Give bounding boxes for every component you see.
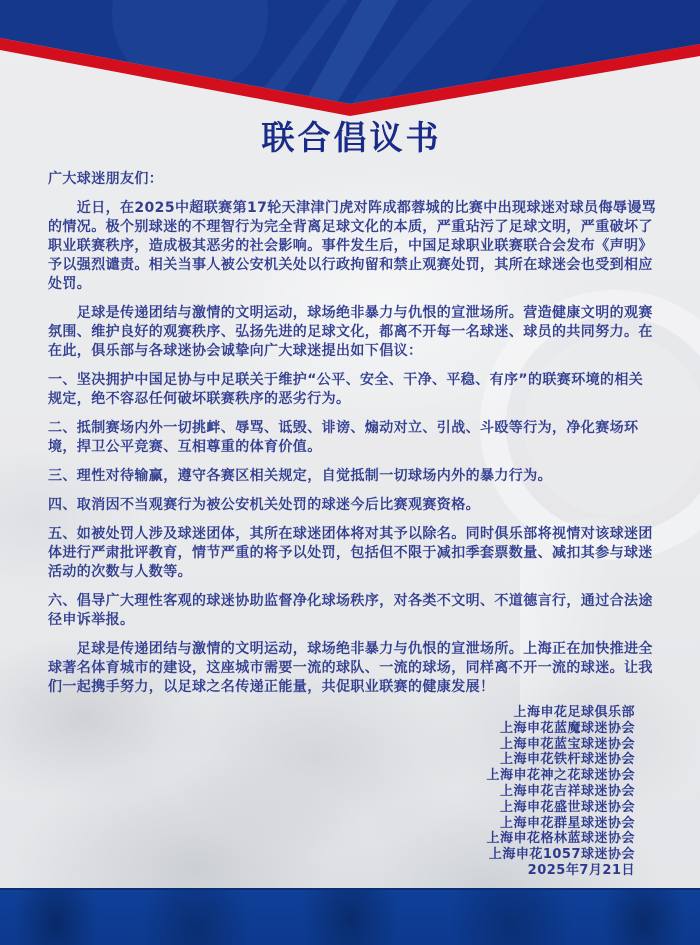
page-title: 联合倡议书 <box>48 118 655 158</box>
top-banner-chevron <box>0 0 700 125</box>
paragraph-item-4: 四、取消因不当观赛行为被公安机关处罚的球迷今后比赛观赛资格。 <box>48 496 655 515</box>
paragraph-item-3: 三、理性对待输赢，遵守各赛区相关规定，自觉抵制一切球场内外的暴力行为。 <box>48 467 655 486</box>
signature: 上海申花铁杆球迷协会 <box>48 752 635 768</box>
text-line: 规定，绝不容忍任何破坏联赛秩序的恶劣行为。 <box>48 390 655 409</box>
paragraph-closing: 足球是传递团结与激情的文明运动，球场绝非暴力与仇恨的宣泄场所。上海正在加快推进全… <box>48 640 655 697</box>
text-line: 一、坚决拥护中国足协与中足联关于维护“公平、安全、干净、平稳、有序”的联赛环境的… <box>48 371 655 390</box>
paragraph-intro-values: 足球是传递团结与激情的文明运动，球场绝非暴力与仇恨的宣泄场所。营造健康文明的观赛… <box>48 304 655 361</box>
signature: 上海申花格林蓝球迷协会 <box>48 831 635 847</box>
signature: 上海申花群星球迷协会 <box>48 816 635 832</box>
signature: 上海申花吉祥球迷协会 <box>48 784 635 800</box>
body-paragraphs: 近日，在2025中超联赛第17轮天津津门虎对阵成都蓉城的比赛中出现球迷对球员侮辱… <box>48 199 655 697</box>
text-line: 予以强烈谴责。相关当事人被公安机关处以行政拘留和禁止观赛处罚，其所在球迷会也受到… <box>48 256 655 275</box>
paragraph-item-6: 六、倡导广大理性客观的球迷协助监督净化球场秩序，对各类不文明、不道德言行，通过合… <box>48 592 655 630</box>
paragraph-item-1: 一、坚决拥护中国足协与中足联关于维护“公平、安全、干净、平稳、有序”的联赛环境的… <box>48 371 655 409</box>
document-body: 联合倡议书 广大球迷朋友们： 近日，在2025中超联赛第17轮天津津门虎对阵成都… <box>48 118 655 879</box>
text-line: 活动的次数与人数等。 <box>48 563 655 582</box>
paragraph-item-2: 二、抵制赛场内外一切挑衅、辱骂、诋毁、诽谤、煽动对立、引战、斗殴等行为，净化赛场… <box>48 419 655 457</box>
text-line: 球著名体育城市的建设，这座城市需要一流的球队、一流的球场，同样离不开一流的球迷。… <box>48 659 655 678</box>
text-line: 六、倡导广大理性客观的球迷协助监督净化球场秩序，对各类不文明、不道德言行，通过合… <box>48 592 655 611</box>
text-line: 四、取消因不当观赛行为被公安机关处罚的球迷今后比赛观赛资格。 <box>48 496 655 515</box>
text-line: 二、抵制赛场内外一切挑衅、辱骂、诋毁、诽谤、煽动对立、引战、斗殴等行为，净化赛场… <box>48 419 655 438</box>
signature: 上海申花足球俱乐部 <box>48 705 635 721</box>
text-line: 足球是传递团结与激情的文明运动，球场绝非暴力与仇恨的宣泄场所。上海正在加快推进全 <box>48 640 655 659</box>
signature: 上海申花蓝魔球迷协会 <box>48 721 635 737</box>
signature: 上海申花神之花球迷协会 <box>48 768 635 784</box>
date: 2025年7月21日 <box>48 863 635 879</box>
bottom-banner <box>0 888 700 945</box>
text-line: 体进行严肃批评教育，情节严重的将予以处罚，包括但不限于减扣季套票数量、减扣其参与… <box>48 544 655 563</box>
signature: 上海申花1057球迷协会 <box>48 847 635 863</box>
text-line: 近日，在2025中超联赛第17轮天津津门虎对阵成都蓉城的比赛中出现球迷对球员侮辱… <box>48 199 655 218</box>
salutation: 广大球迷朋友们： <box>48 170 655 189</box>
text-line: 径申诉举报。 <box>48 611 655 630</box>
text-line: 处罚。 <box>48 275 655 294</box>
proposal-poster: 联合倡议书 广大球迷朋友们： 近日，在2025中超联赛第17轮天津津门虎对阵成都… <box>0 0 700 945</box>
text-line: 足球是传递团结与激情的文明运动，球场绝非暴力与仇恨的宣泄场所。营造健康文明的观赛 <box>48 304 655 323</box>
text-line: 在此，俱乐部与各球迷协会诚挚向广大球迷提出如下倡议： <box>48 342 655 361</box>
signature: 上海申花蓝宝球迷协会 <box>48 737 635 753</box>
text-line: 氛围、维护良好的观赛秩序、弘扬先进的足球文化，都离不开每一名球迷、球员的共同努力… <box>48 323 655 342</box>
text-line: 五、如被处罚人涉及球迷团体，其所在球迷团体将对其予以除名。同时俱乐部将视情对该球… <box>48 525 655 544</box>
text-line: 职业联赛秩序，造成极其恶劣的社会影响。事件发生后，中国足球职业联赛联合会发布《声… <box>48 237 655 256</box>
text-line: 三、理性对待输赢，遵守各赛区相关规定，自觉抵制一切球场内外的暴力行为。 <box>48 467 655 486</box>
text-line: 的情况。极个别球迷的不理智行为完全背离足球文化的本质，严重玷污了足球文明，严重破… <box>48 218 655 237</box>
paragraph-intro-incident: 近日，在2025中超联赛第17轮天津津门虎对阵成都蓉城的比赛中出现球迷对球员侮辱… <box>48 199 655 294</box>
signature-block: 上海申花足球俱乐部上海申花蓝魔球迷协会上海申花蓝宝球迷协会上海申花铁杆球迷协会上… <box>48 705 635 879</box>
signature: 上海申花盛世球迷协会 <box>48 800 635 816</box>
text-line: 境，捍卫公平竞赛、互相尊重的体育价值。 <box>48 438 655 457</box>
paragraph-item-5: 五、如被处罚人涉及球迷团体，其所在球迷团体将对其予以除名。同时俱乐部将视情对该球… <box>48 525 655 582</box>
text-line: 们一起携手努力，以足球之名传递正能量，共促职业联赛的健康发展！ <box>48 678 655 697</box>
